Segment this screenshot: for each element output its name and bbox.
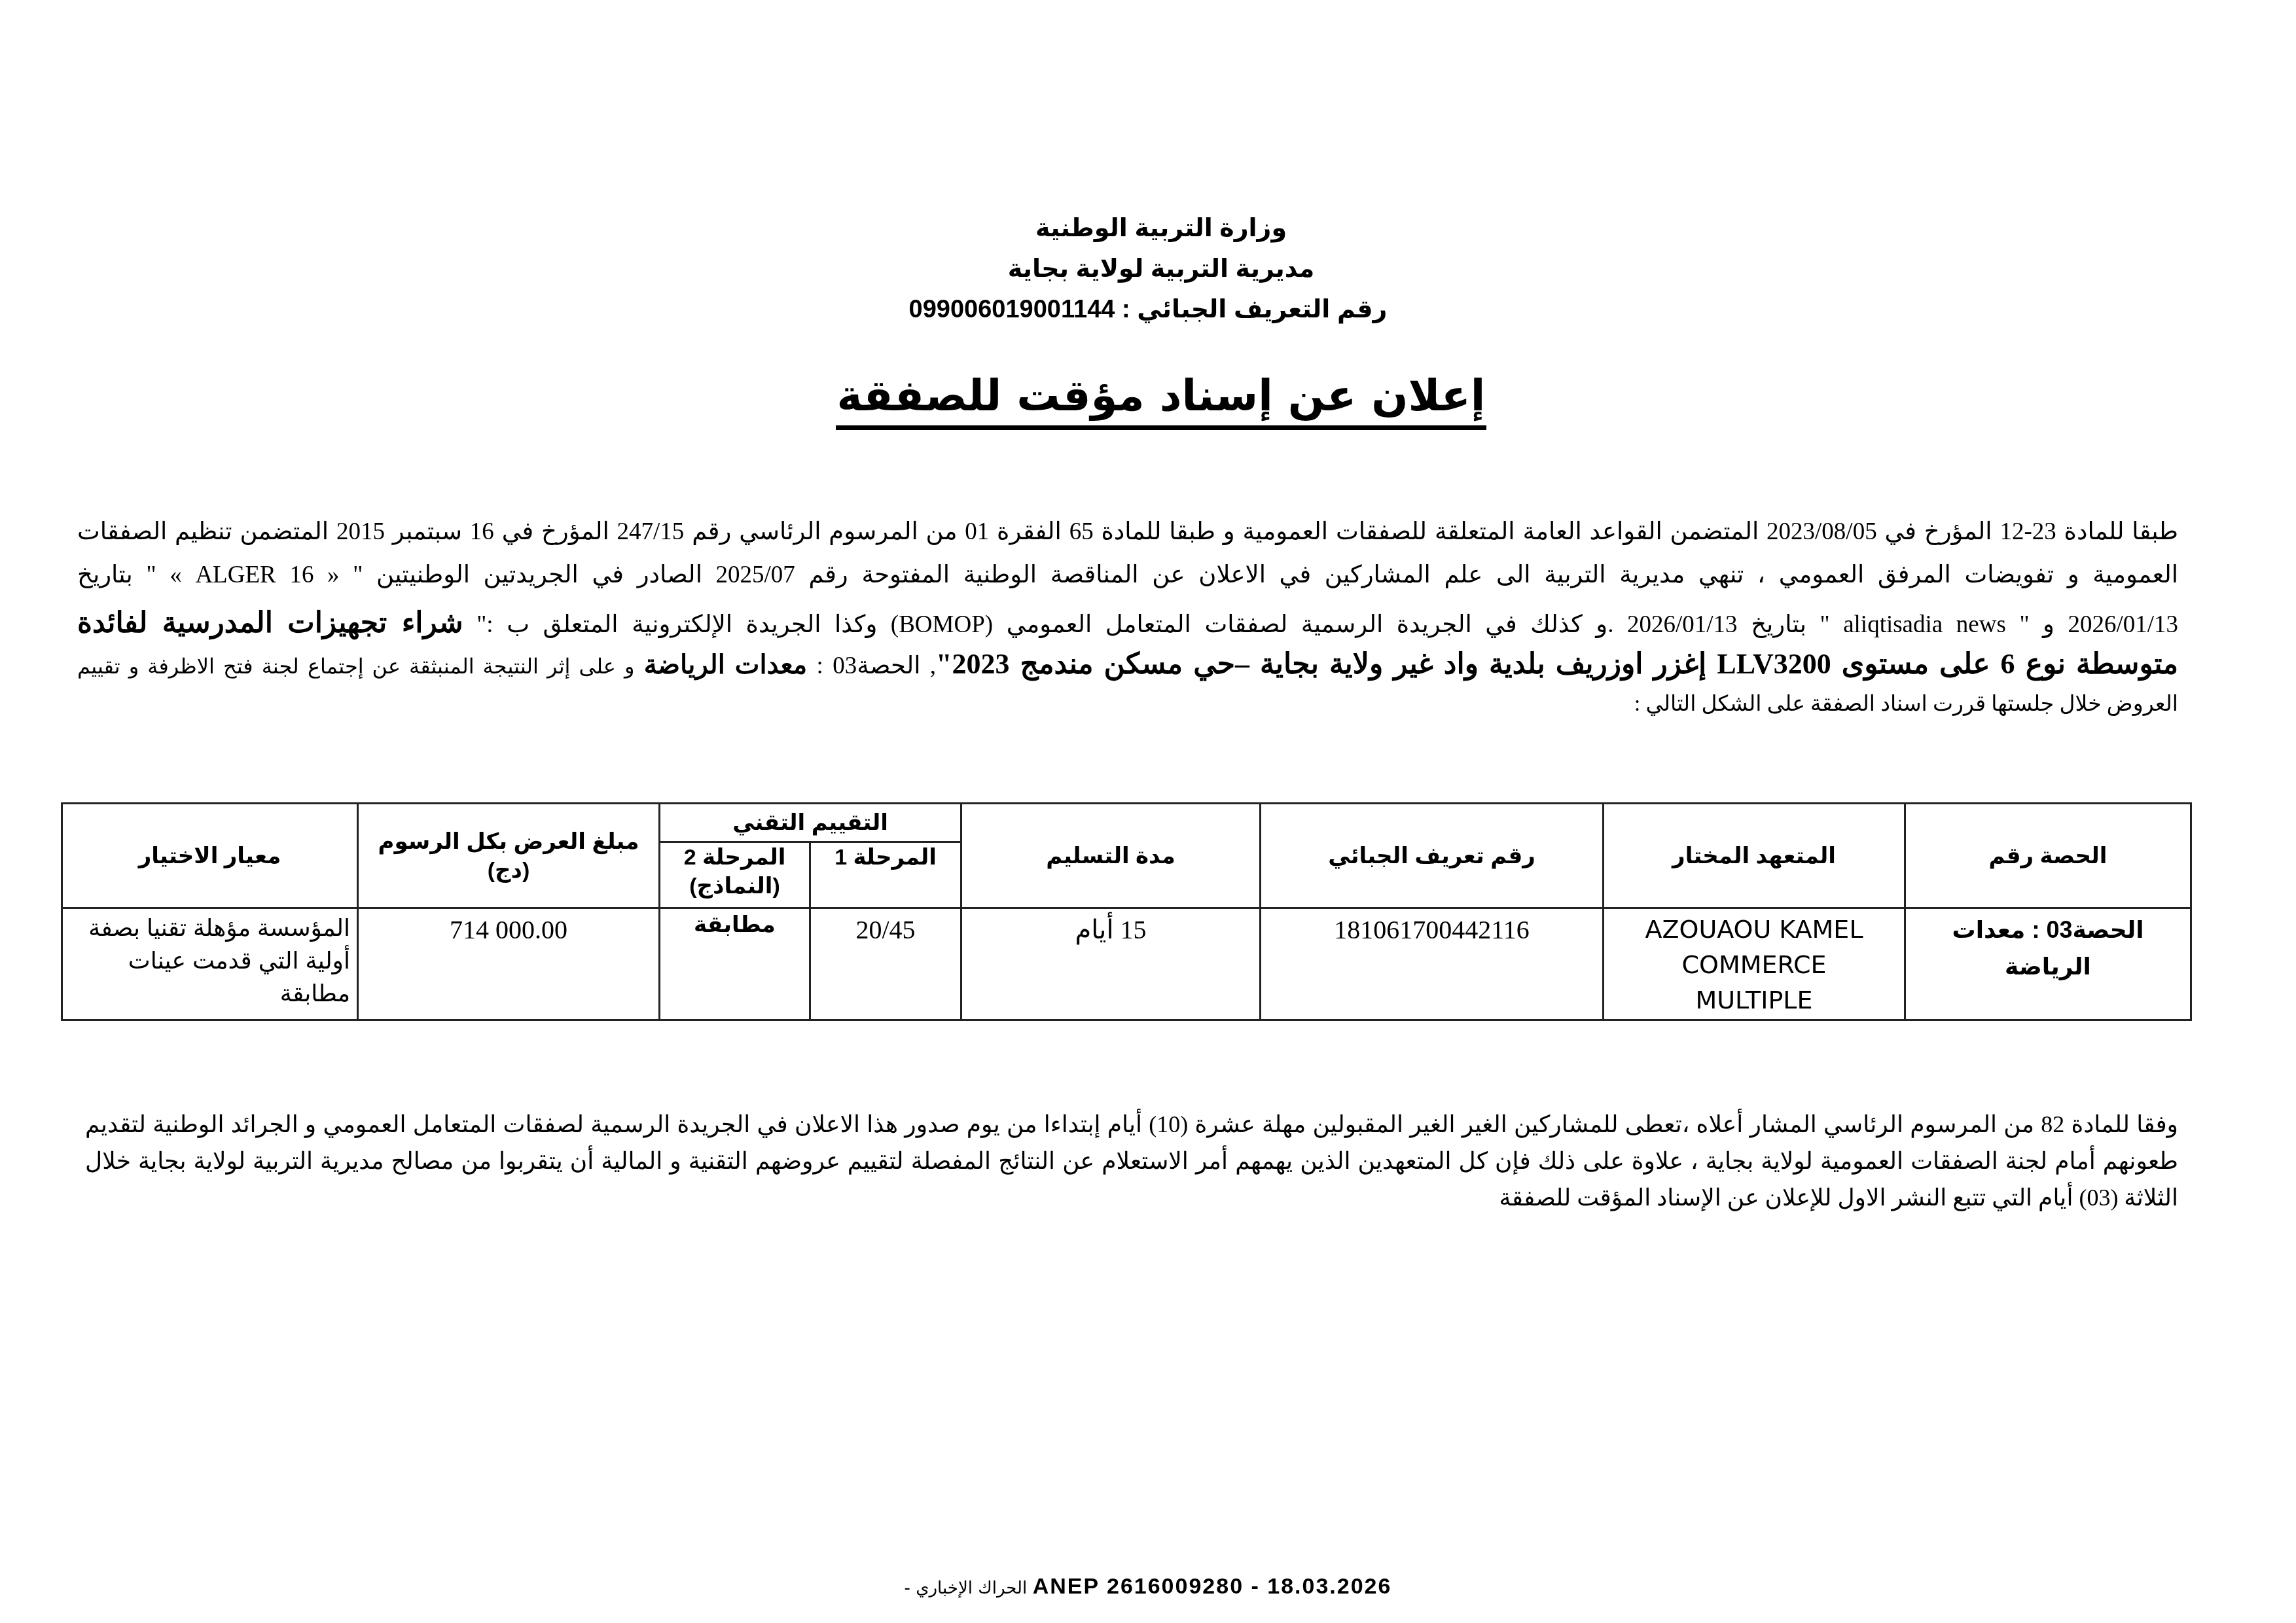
appeal-paragraph: وفقا للمادة 82 من المرسوم الرئاسي المشار… [85, 1106, 2178, 1216]
ministry-name: وزارة التربية الوطنية [26, 208, 2296, 249]
cell-lot: الحصة03 : معدات الرياضة [1905, 908, 2191, 1020]
cell-bidder-line3: MULTIPLE [1609, 982, 1899, 1018]
cell-delivery-time: 15 أيام [961, 908, 1261, 1020]
cell-lot-line1: الحصة03 : معدات [1911, 912, 2185, 948]
cell-criteria-line2: أولية التي قدمت عينات [68, 944, 350, 977]
header-tax-id: رقم تعريف الجبائي [1261, 804, 1604, 908]
cell-tax-id-value: 181061700442116 [1334, 915, 1530, 944]
intro-line-5: العروض خلال جلستها قررت اسناد الصفقة على… [77, 685, 2178, 724]
cell-bidder-line1: AZOUAOU KAMEL [1609, 912, 1899, 947]
cell-bidder: AZOUAOU KAMEL COMMERCE MULTIPLE [1604, 908, 1905, 1020]
header-delivery-time: مدة التسليم [961, 804, 1261, 908]
footer-source: الحراك الإخباري - [905, 1578, 1028, 1598]
header-selected-bidder: المتعهد المختار [1604, 804, 1905, 908]
header-phase2-line1: المرحلة 2 [666, 843, 804, 872]
issuer-header: وزارة التربية الوطنية مديرية التربية لول… [0, 208, 2296, 330]
lot-prefix: , الحصة03 : [817, 652, 936, 679]
project-subject: شراء تجهيزات المدرسية لفائدة [77, 607, 463, 639]
cell-phase1: 20/45 [810, 908, 961, 1020]
publication-footer: الحراك الإخباري - ANEP 2616009280 - 18.0… [0, 1572, 2296, 1603]
header-selection-criteria: معيار الاختيار [62, 804, 358, 908]
appeal-line-2: طعونهم أمام لجنة الصفقات العمومية لولاية… [85, 1143, 2178, 1179]
cell-bidder-line2: COMMERCE [1609, 947, 1899, 982]
cell-criteria: المؤسسة مؤهلة تقنيا بصفة أولية التي قدمت… [62, 908, 358, 1020]
cell-tax-id: 181061700442116 [1261, 908, 1604, 1020]
award-table: الحصة رقم المتعهد المختار رقم تعريف الجب… [61, 802, 2192, 1021]
cell-lot-line2: الرياضة [1911, 948, 2185, 985]
table-header-row: الحصة رقم المتعهد المختار رقم تعريف الجب… [62, 804, 2191, 842]
lot-name: معدات الرياضة [644, 650, 808, 679]
appeal-line-3: الثلاثة (03) أيام التي تتبع النشر الاول … [85, 1179, 2178, 1216]
issuer-tax-id-line: رقم التعريف الجبائي : 099006019001144 [0, 289, 2296, 330]
intro-line-3-text: 2026/01/13 و " aliqtisadia news " بتاريخ… [476, 611, 2178, 638]
header-amount: مبلغ العرض بكل الرسوم (دج) [358, 804, 660, 908]
header-phase1: المرحلة 1 [810, 842, 961, 908]
footer-reference: ANEP 2616009280 - 18.03.2026 [1033, 1574, 1392, 1599]
intro-line-3: 2026/01/13 و " aliqtisadia news " بتاريخ… [77, 597, 2178, 644]
table-row: الحصة03 : معدات الرياضة AZOUAOU KAMEL CO… [62, 908, 2191, 1020]
intro-line-2: العمومية و تفويضات المرفق العمومي ، تنهي… [77, 554, 2178, 597]
page-title: إعلان عن إسناد مؤقت للصفقة [836, 366, 1487, 430]
cell-criteria-line3: مطابقة [68, 977, 350, 1010]
intro-line-1: طبقا للمادة 23-12 المؤرخ في 2023/08/05 ا… [77, 510, 2178, 554]
intro-paragraph: طبقا للمادة 23-12 المؤرخ في 2023/08/05 ا… [77, 510, 2178, 724]
title-wrapper: إعلان عن إسناد مؤقت للصفقة [0, 366, 2296, 430]
intro-line-4-tail: و على إثر النتيجة المنبثقة عن إجتماع لجن… [77, 654, 634, 678]
cell-criteria-line1: المؤسسة مؤهلة تقنيا بصفة [68, 912, 350, 944]
appeal-line-1: وفقا للمادة 82 من المرسوم الرئاسي المشار… [85, 1106, 2178, 1143]
header-technical-evaluation: التقييم التقني [660, 804, 961, 842]
project-location: متوسطة نوع 6 على مستوى LLV3200 إغزر اوزر… [936, 648, 2178, 680]
cell-phase2: مطابقة [660, 908, 810, 1020]
tax-id-label: رقم التعريف الجبائي : [1122, 296, 1387, 323]
header-phase2: المرحلة 2 (النماذج) [660, 842, 810, 908]
directorate-name: مديرية التربية لولاية بجاية [26, 249, 2296, 289]
header-amount-line1: مبلغ العرض بكل الرسوم [364, 827, 653, 856]
header-lot-number: الحصة رقم [1905, 804, 2191, 908]
cell-amount: 714 000.00 [358, 908, 660, 1020]
header-amount-line2: (دج) [364, 856, 653, 885]
cell-phase1-value: 20/45 [855, 915, 915, 944]
header-phase2-line2: (النماذج) [666, 872, 804, 901]
cell-amount-value: 714 000.00 [450, 915, 567, 944]
tax-id-value: 099006019001144 [909, 296, 1115, 323]
intro-line-4: متوسطة نوع 6 على مستوى LLV3200 إغزر اوزر… [77, 644, 2178, 685]
